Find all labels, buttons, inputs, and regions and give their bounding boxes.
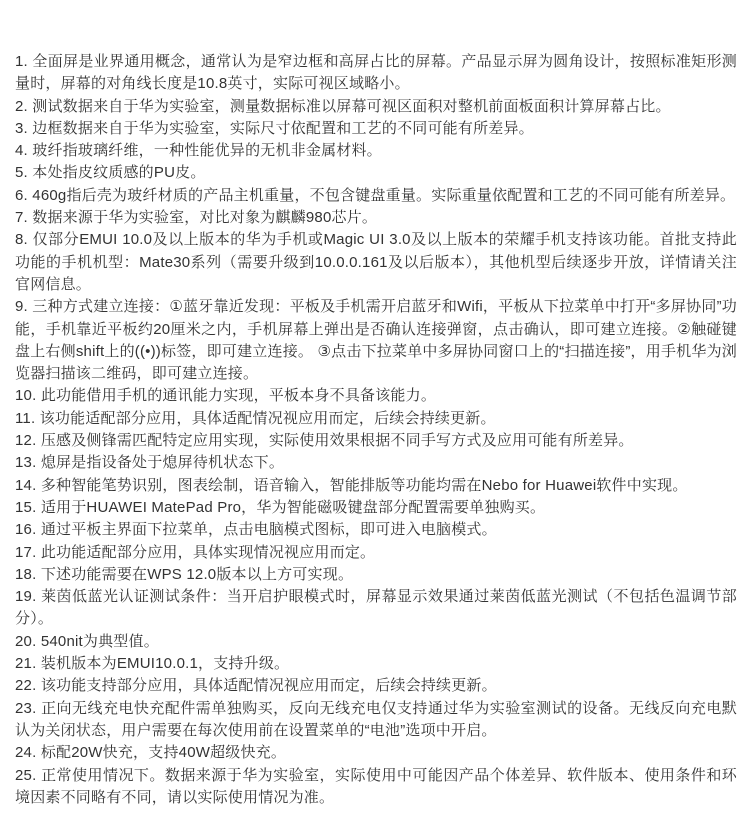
footnote-item: 8. 仅部分EMUI 10.0及以上版本的华为手机或Magic UI 3.0及以…: [15, 229, 737, 296]
footnote-item: 21. 装机版本为EMUI10.0.1，支持升级。: [15, 653, 737, 675]
footnote-item: 12. 压感及侧锋需匹配特定应用实现，实际使用效果根据不同手写方式及应用可能有所…: [15, 430, 737, 452]
footnote-item: 22. 该功能支持部分应用，具体适配情况视应用而定，后续会持续更新。: [15, 675, 737, 697]
footnote-item: 11. 该功能适配部分应用，具体适配情况视应用而定，后续会持续更新。: [15, 408, 737, 430]
footnote-item: 6. 460g指后壳为玻纤材质的产品主机重量，不包含键盘重量。实际重量依配置和工…: [15, 185, 737, 207]
footnote-item: 15. 适用于HUAWEI MatePad Pro，华为智能磁吸键盘部分配置需要…: [15, 497, 737, 519]
footnote-item: 1. 全面屏是业界通用概念，通常认为是窄边框和高屏占比的屏幕。产品显示屏为圆角设…: [15, 51, 737, 96]
footnote-item: 24. 标配20W快充，支持40W超级快充。: [15, 742, 737, 764]
footnote-item: 25. 正常使用情况下。数据来源于华为实验室，实际使用中可能因产品个体差异、软件…: [15, 765, 737, 810]
footnote-item: 18. 下述功能需要在WPS 12.0版本以上方可实现。: [15, 564, 737, 586]
footnote-item: 5. 本处指皮纹质感的PU皮。: [15, 162, 737, 184]
footnote-item: 10. 此功能借用手机的通讯能力实现，平板本身不具备该能力。: [15, 385, 737, 407]
footnote-item: 9. 三种方式建立连接：①蓝牙靠近发现：平板及手机需开启蓝牙和Wifi，平板从下…: [15, 296, 737, 385]
footnote-item: 16. 通过平板主界面下拉菜单，点击电脑模式图标，即可进入电脑模式。: [15, 519, 737, 541]
product-disclaimer-page: { "page": { "background_color": "#ffffff…: [0, 0, 750, 839]
footnote-item: 19. 莱茵低蓝光认证测试条件：当开启护眼模式时，屏幕显示效果通过莱茵低蓝光测试…: [15, 586, 737, 631]
footnote-item: 7. 数据来源于华为实验室，对比对象为麒麟980芯片。: [15, 207, 737, 229]
footnote-item: 4. 玻纤指玻璃纤维，一种性能优异的无机非金属材料。: [15, 140, 737, 162]
footnote-item: 2. 测试数据来自于华为实验室，测量数据标准以屏幕可视区面积对整机前面板面积计算…: [15, 96, 737, 118]
footnote-item: 13. 熄屏是指设备处于熄屏待机状态下。: [15, 452, 737, 474]
footnotes-list: 1. 全面屏是业界通用概念，通常认为是窄边框和高屏占比的屏幕。产品显示屏为圆角设…: [0, 0, 750, 839]
footnote-item: 23. 正向无线充电快充配件需单独购买，反向无线充电仅支持通过华为实验室测试的设…: [15, 698, 737, 743]
footnote-item: 20. 540nit为典型值。: [15, 631, 737, 653]
footnote-item: 14. 多种智能笔势识别，图表绘制，语音输入，智能排版等功能均需在Nebo fo…: [15, 475, 737, 497]
footnote-item: 17. 此功能适配部分应用，具体实现情况视应用而定。: [15, 542, 737, 564]
footnote-item: 3. 边框数据来自于华为实验室，实际尺寸依配置和工艺的不同可能有所差异。: [15, 118, 737, 140]
